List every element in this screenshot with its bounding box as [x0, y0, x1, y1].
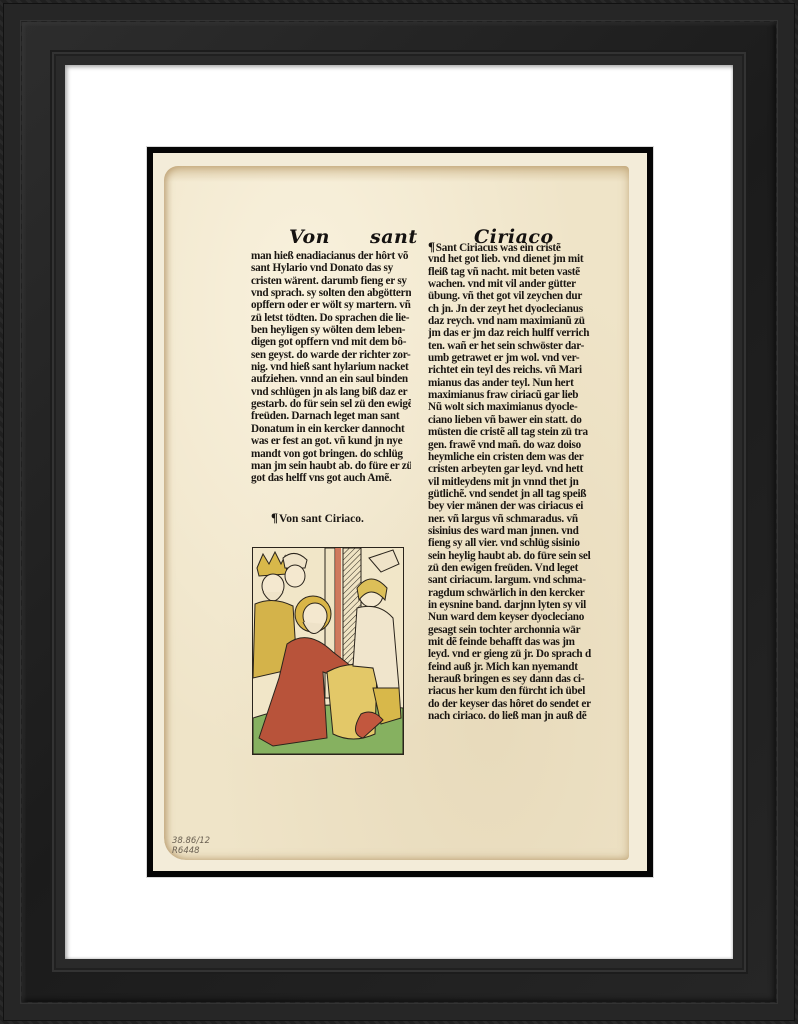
text-line: vnd sprach. sy solten den abgöttern [251, 287, 411, 299]
header-von: Von [289, 226, 330, 248]
text-line: vnd het got lieb. vnd dienet jm mit [428, 253, 596, 265]
text-line: aufziehen. vnnd an ein saul binden [251, 373, 411, 385]
text-line: ten. wañ er het sein schwöster dar- [428, 340, 596, 352]
text-line: sant ciriacum. largum. vnd schma- [428, 574, 596, 586]
text-line: vil mitleydens mit jn vnnd thet jn [428, 476, 596, 488]
text-line: sen geyst. do warde der richter zor- [251, 349, 411, 361]
text-line: jm das er jm daz reich hulff verrich [428, 327, 596, 339]
text-line: heymliche ein cristen dem was der [428, 451, 596, 463]
text-line: man hieß enadiacianus der hôrt võ [251, 250, 411, 262]
text-line: maximianus fraw ciriacũ gar lieb [428, 389, 596, 401]
woodcut-illustration [252, 547, 404, 755]
text-line: was er fest an got. vñ kund jn nye [251, 435, 411, 447]
text-line: cristen wärent. darumb fieng er sy [251, 275, 411, 287]
text-line: sein heylig haubt ab. do füre sein sel [428, 550, 596, 562]
text-line: leyd. vnd er gieng zü jr. Do sprach d [428, 648, 596, 660]
text-line: opffern oder er wölt sy martern. vñ [251, 299, 411, 311]
text-line: umb getrawet er jm wol. vnd ver- [428, 352, 596, 364]
text-line: cristen arbeyten gar leyd. vnd hett [428, 463, 596, 475]
text-line: müsten die cristẽ all tag stein zü tra [428, 426, 596, 438]
text-line: ner. vñ largus vñ schmaradus. vñ [428, 513, 596, 525]
text-line: nig. vnd hieß sant hylarium nacket [251, 361, 411, 373]
text-line: fleiß tag vñ nacht. mit beten vastẽ [428, 266, 596, 278]
text-line: zü letst tödten. Do sprachen die lie- [251, 312, 411, 324]
inventory-number: 38.86/12 R6448 [172, 836, 210, 856]
text-line: gen. frawẽ vnd mañ. do waz doiso [428, 439, 596, 451]
text-line: Donatum in ein kercker dannocht [251, 423, 411, 435]
text-line: feind auß jr. Mich kan nyemandt [428, 661, 596, 673]
text-line: ciano lieben vñ bawer ein statt. do [428, 414, 596, 426]
text-line: sant Hylario vnd Donato das sy [251, 262, 411, 274]
text-line: do der keyser das hôret do sendet er [428, 698, 596, 710]
text-line: vnd schlügen jn als lang biß daz er [251, 386, 411, 398]
text-line: Nũ wolt sich maximianus dyocle- [428, 401, 596, 413]
header-sant: sant [370, 226, 418, 248]
inventory-line-1: 38.86/12 [172, 836, 210, 846]
text-line: richtet ein teyl des reichs. vñ Mari [428, 364, 596, 376]
text-line: bey vier mänen der was ciriacus ei [428, 500, 596, 512]
text-line: digen got opffern vnd mit dem bô- [251, 336, 411, 348]
text-line: sisinius des ward man jnnen. vnd [428, 525, 596, 537]
text-line: gestarb. do für sein sel zü den ewigẽ [251, 398, 411, 410]
text-line: got das helff vns got auch Amẽ. [251, 472, 411, 484]
text-line: daz reych. vnd nam maximianũ zü [428, 315, 596, 327]
text-line: zü den ewigen freüden. Vnd leget [428, 562, 596, 574]
text-line: man jm sein haubt ab. do füre er zü [251, 460, 411, 472]
right-text-column: ¶Sant Ciriacus was ein cristẽ vnd het go… [428, 241, 596, 722]
text-line: wachen. vnd mit vil ander gütter [428, 278, 596, 290]
text-line: ¶Sant Ciriacus was ein cristẽ [428, 241, 596, 253]
text-line: gütlichẽ. vnd sendet jn all tag speiß [428, 488, 596, 500]
text-line: fieng sy all vier. vnd schlüg sisinio [428, 537, 596, 549]
text-line: mit dẽ feinde behafft das was jm [428, 636, 596, 648]
text-line: freüden. Darnach leget man sant [251, 410, 411, 422]
text-line: riacus her kum den fürcht ich übel [428, 685, 596, 697]
text-line: mandt von got bringen. do schlüg [251, 448, 411, 460]
pilcrow-mark: ¶ [428, 241, 435, 253]
inventory-line-2: R6448 [172, 846, 210, 856]
text-line: ben heyligen sy wölten dem leben- [251, 324, 411, 336]
text-line: herauß bringen es sey dann das ci- [428, 673, 596, 685]
caption-text: Von sant Ciriaco. [279, 513, 364, 525]
left-text-column: man hieß enadiacianus der hôrt võ sant H… [251, 250, 411, 485]
text-line: in eysnine band. darjnn lyten sy vil [428, 599, 596, 611]
text-line: gesagt sein tochter archonnia wär [428, 624, 596, 636]
woodcut-caption: ¶Von sant Ciriaco. [271, 510, 364, 526]
saint-ciriacus-woodcut-image [253, 548, 403, 754]
text-line: mianus das ander teyl. Nun hert [428, 377, 596, 389]
text-line: nach ciriaco. do ließ man jn auß dẽ [428, 710, 596, 722]
text-line: Nun ward dem keyser dyocleciano [428, 611, 596, 623]
text-line: ch jn. Jn der zeyt het dyoclecianus [428, 303, 596, 315]
text-line: ragdum schwärlich in den kercker [428, 587, 596, 599]
text-line: übung. vñ thet got vil zeychen dur [428, 290, 596, 302]
pilcrow-mark: ¶ [271, 510, 278, 525]
